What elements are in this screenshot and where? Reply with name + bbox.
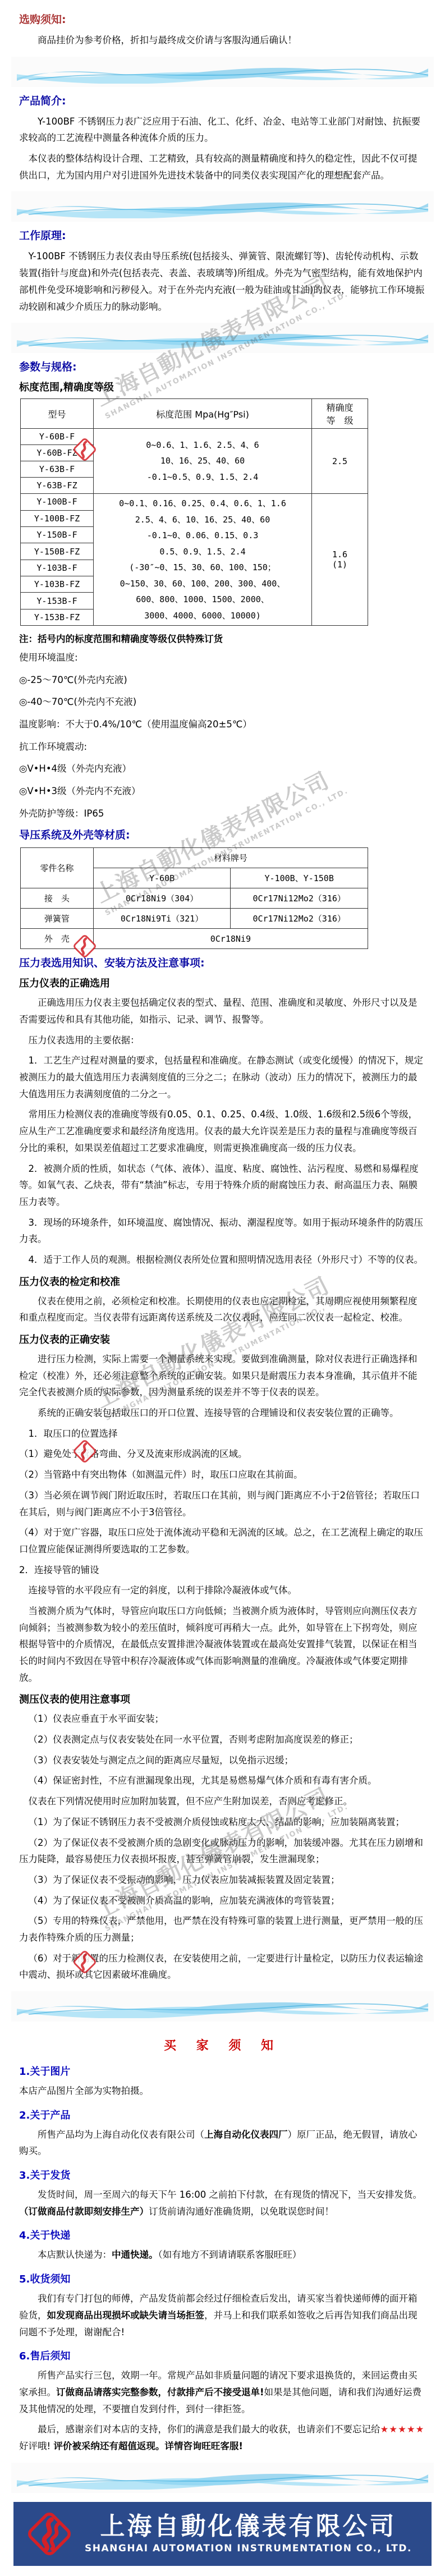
text-segment: 最后，感谢亲们对本店的支持，你们的满意是我们最大的收获，也请亲们不要忘记给 <box>38 2424 380 2435</box>
buyer-item-heading: 5.收货须知 <box>19 2271 426 2286</box>
wave-graphic <box>17 1995 428 2018</box>
bold-text-segment: 订做商品请落实完整参数，付款排产后不接受退单! <box>56 2387 264 2398</box>
wave-graphic <box>17 60 428 84</box>
range-cell: 0~0.1、0.16、0.25、0.4、0.6、1、1.6 2.5、4、6、10… <box>94 494 312 626</box>
specs-title: 参数与规格: <box>19 359 426 374</box>
grade-header-cell: 材料牌号 <box>93 848 368 868</box>
bold-text-segment: 如发现商品出现损坏或缺失请当场拒签 <box>47 2310 205 2321</box>
wave-divider-image <box>11 1991 434 2022</box>
table-note: 注：括号内的标度范围和精确度等级仅供特殊订货 <box>19 631 426 645</box>
buyer-item-body: 所售产品均为上海自动化仪表有限公司（上海自动化仪表四厂）原厂正品，绝无假冒，请放… <box>19 2126 426 2160</box>
section-materials: 导压系统及外壳等材质: 零件名称 材料牌号 Y-60B Y-100B、Y-150… <box>0 827 445 949</box>
col-header-accuracy: 精确度 等 级 <box>312 399 368 429</box>
knowledge-title: 压力表选用知识、安装方法及注意事项: <box>19 955 426 970</box>
paragraph: （1）为了保证不锈钢压力表不受被测介质侵蚀或粘度太大、结晶的影响，应加装隔离装置… <box>19 1814 426 1831</box>
env-line: ◎V•H•3级（外壳内不充液） <box>19 782 426 801</box>
accuracy-value-line1: 1.6 <box>316 549 363 560</box>
wave-graphic <box>17 326 428 350</box>
paragraph: 连接导管的水平段应有一定的斜度，以利于排除冷凝液体或气体。 <box>19 1582 426 1599</box>
part-cell: 外 壳 <box>21 929 94 949</box>
wave-graphic <box>17 2466 428 2490</box>
paragraph: 压力仪表选用的主要依据： <box>19 1032 426 1049</box>
wave-divider-image <box>11 323 434 353</box>
footer-company-name-cn: 上海自動化儀表有限公司 <box>75 2513 421 2540</box>
buyer-item-heading: 1.关于图片 <box>19 2064 426 2078</box>
table-row: Y-60B-F 0~0.6、1、1.6、2.5、4、6 10、16、25、40、… <box>21 429 368 445</box>
paragraph: （3）为了保证仪表不受振动的影响，压力仪表应加装减振装置及固定装置； <box>19 1872 426 1889</box>
section-buyer-notice: 买 家 须 知 1.关于图片 本店产品图片全部为实物拍摄。 2.关于产品 所售产… <box>0 2036 445 2455</box>
paragraph: 仪表在使用之前，必须检定和校准。长期使用的仪表也应定期检定，其周期应视使用频繁程… <box>19 1293 426 1326</box>
section-purchase-notice: 选购须知: 商品挂价为参考价格，折扣与最终成交价请与客服沟通后确认！ <box>0 11 445 49</box>
env-line: ◎-40～70℃(外壳内不充液) <box>19 693 426 712</box>
accuracy-cell: 2.5 <box>312 429 368 494</box>
part-cell: 弹簧管 <box>21 909 94 929</box>
range-cell: 0~0.6、1、1.6、2.5、4、6 10、16、25、40、60 -0.1~… <box>94 429 312 494</box>
table-row: Y-100B-F 0~0.1、0.16、0.25、0.4、0.6、1、1.6 2… <box>21 494 368 510</box>
accuracy-header-line2: 等 级 <box>316 414 363 427</box>
model-cell: Y-63B-F <box>21 461 94 478</box>
wave-divider-image <box>11 2463 434 2493</box>
star-rating-icon: ★★★★★ <box>380 2424 425 2435</box>
table-row: 接 头 0Cr18Ni9（304） 0Cr17Ni12Mo2（316） <box>21 888 368 909</box>
model-cell: Y-103B-FZ <box>21 576 94 593</box>
table-header-row: 零件名称 材料牌号 <box>21 848 368 868</box>
text-segment: （如有地方不到请请联系客服旺旺） <box>158 2249 302 2260</box>
bold-text-segment: （订做商品付款即刻安排生产） <box>19 2206 149 2217</box>
paragraph: 仪表在下列情况使用时应加附加装置，但不应产生附加误差，否则应考虑修正。 <box>19 1793 426 1810</box>
part-header-cell: 零件名称 <box>21 848 94 888</box>
buyer-item-heading: 2.关于产品 <box>19 2107 426 2122</box>
range-line: 3000、4000、6000、10000) <box>98 608 307 624</box>
range-line: (-30″~0、15、30、60、100、150； <box>98 560 307 576</box>
paragraph: 3．现场的环境条件，如环境温度、腐蚀情况、振动、潮湿程度等。如用于振动环境条件的… <box>19 1214 426 1248</box>
paragraph: 4．适于工作人员的观测。根据检测仪表所处位置和照明情况选用表径（外形尺寸）不等的… <box>19 1252 426 1268</box>
model-cell: Y-150B-F <box>21 526 94 543</box>
section-specs: 参数与规格: 标度范围,精确度等级 型号 标度范围 Mpa(Hg″Psi) 精确… <box>0 359 445 823</box>
paragraph: （2）为了保证仪表不受被测介质的急剧变化或脉动压力的影响，加装缓冲器。尤其在压力… <box>19 1835 426 1868</box>
knowledge-heading: 压力仪表的正确选用 <box>19 975 426 990</box>
knowledge-heading: 压力仪表的正确安装 <box>19 1332 426 1346</box>
text-segment: 订货前请沟通好准确货期，以免耽误您时间！ <box>149 2206 334 2217</box>
model-cell: Y-60B-F <box>21 429 94 445</box>
buyer-item-body: 所售产品实行三包，效期一年。常规产品如非质量问题的请况下要求退换货的，来回运费由… <box>19 2367 426 2417</box>
section-principle: 工作原理: Y-100BF 不锈钢压力表仪表由导压系统(包括接头、弹簧管、限流螺… <box>0 227 445 315</box>
knowledge-heading: 测压仪表的使用注意事项 <box>19 1692 426 1706</box>
table-row: 弹簧管 0Cr18Ni9Ti（321） 0Cr17Ni12Mo2（316） <box>21 909 368 929</box>
paragraph: 正确选用压力仪表主要包括确定仪表的型式、量程、范围、准确度和灵敏度、外形尺寸以及… <box>19 994 426 1028</box>
closing-note: 最后，感谢亲们对本店的支持，你们的满意是我们最大的收获，也请亲们不要忘记给★★★… <box>19 2421 426 2454</box>
env-line: 使用环境温度: <box>19 648 426 668</box>
model-cell: Y-100B-F <box>21 494 94 510</box>
table-header-row: 型号 标度范围 Mpa(Hg″Psi) 精确度 等 级 <box>21 399 368 429</box>
model-cell: Y-150B-FZ <box>21 543 94 560</box>
range-line: 0~0.6、1、1.6、2.5、4、6 <box>98 437 307 453</box>
text-segment: 发货时间，周一至周六的每天下午 16:00 之前拍下付款，在有现货的情况下，当天… <box>38 2189 422 2200</box>
model-cell: Y-153B-F <box>21 593 94 609</box>
footer-company-name-en: SHANGHAI AUTOMATION INSTRUMENTATION CO.,… <box>75 2543 421 2554</box>
intro-title: 产品简介: <box>19 93 426 108</box>
paragraph: （2）仪表测定点与仪表安装处在同一水平位置，否则考虑附加高度误差的修正； <box>19 1731 426 1748</box>
paragraph: 2．连接导管的铺设 <box>19 1562 426 1579</box>
range-line: 0.5、0.9、1.5、2.4 <box>98 544 307 560</box>
part-cell: 接 头 <box>21 888 94 909</box>
model-cell: Y-153B-FZ <box>21 609 94 625</box>
paragraph: 当被测介质为气体时，导管应向取压口方向低倾；当被测介质为液体时，导管则应向测压仪… <box>19 1603 426 1686</box>
accuracy-header-line1: 精确度 <box>316 401 363 414</box>
scale-range-table: 型号 标度范围 Mpa(Hg″Psi) 精确度 等 级 Y-60B-F 0~0.… <box>20 398 368 626</box>
paragraph: （4）为了保证仪表不受被测介质高温的影响，应加装充满液体的弯管装置； <box>19 1892 426 1909</box>
range-line: 2.5、4、6、10、16、25、40、60 <box>98 512 307 528</box>
footer-company-name: 上海自動化儀表有限公司 SHANGHAI AUTOMATION INSTRUME… <box>75 2513 421 2554</box>
env-line: 抗工作环境震动: <box>19 737 426 757</box>
paragraph: 系统的正确安装包括取压口的开口位置、连接导管的合理铺设和仪表安装位置的正确等。 <box>19 1405 426 1422</box>
model-group-cell: Y-60B <box>93 868 231 888</box>
accuracy-value-line2: (1) <box>316 560 363 570</box>
principle-title: 工作原理: <box>19 227 426 242</box>
range-line: 0~150、30、60、100、200、300、400、 <box>98 576 307 592</box>
material-cell: 0Cr18Ni9Ti（321） <box>93 909 231 929</box>
text-segment: 所售产品均为上海自动化仪表有限公司（ <box>38 2129 204 2140</box>
env-line: ◎V•H•4级（外壳内充液） <box>19 759 426 779</box>
env-line: ◎-25～70℃(外壳内充液) <box>19 671 426 690</box>
footer-company-logo-icon <box>24 2507 75 2561</box>
wave-divider-image <box>11 191 434 222</box>
wave-divider-image <box>11 57 434 87</box>
buyer-item-body: 本店默认快递为：中通快递。（如有地方不到请请联系客服旺旺） <box>19 2247 426 2263</box>
paragraph: （4）保证密封性，不应有泄漏现象出现，尤其是易燃易爆气体介质和有毒有害介质。 <box>19 1772 426 1789</box>
text-segment: 本店默认快递为： <box>38 2249 112 2260</box>
paragraph: 1．工艺生产过程对测量的要求，包括量程和准确度。在静态测试（或变化缓慢）的情况下… <box>19 1052 426 1102</box>
paragraph: 1．取压口的位置选择 <box>19 1425 426 1442</box>
paragraph: （1）仪表应垂直于水平面安装； <box>19 1711 426 1727</box>
paragraph: （2）当管路中有突出物体（如测温元件）时，取压口应取在其前面。 <box>19 1466 426 1483</box>
material-cell: 0Cr18Ni9 <box>93 929 368 949</box>
paragraph: （5）专用的特殊仪表，严禁他用，也严禁在没有特殊可靠的装置上进行测量，更严禁用一… <box>19 1913 426 1946</box>
env-line: 温度影响：不大于0.4%/10℃（使用温度偏高20±5℃） <box>19 715 426 735</box>
model-group-cell: Y-100B、Y-150B <box>231 868 368 888</box>
col-header-range: 标度范围 Mpa(Hg″Psi) <box>94 399 312 429</box>
material-cell: 0Cr17Ni12Mo2（316） <box>231 909 368 929</box>
buyer-item-body: 本店产品图片全部为实物拍摄。 <box>19 2083 426 2100</box>
materials-title: 导压系统及外壳等材质: <box>19 827 426 842</box>
buyer-item-heading: 4.关于快递 <box>19 2227 426 2242</box>
model-cell: Y-100B-FZ <box>21 510 94 526</box>
purchase-notice-title: 选购须知: <box>19 11 426 26</box>
paragraph: 常用压力检测仪表的准确度等级有0.05、0.1、0.25、0.4级、1.0级、1… <box>19 1106 426 1156</box>
accuracy-cell: 1.6 (1) <box>312 494 368 626</box>
table-row: 外 壳 0Cr18Ni9 <box>21 929 368 949</box>
buyer-item-heading: 6.售后须知 <box>19 2348 426 2363</box>
materials-table: 零件名称 材料牌号 Y-60B Y-100B、Y-150B 接 头 0Cr18N… <box>20 847 368 949</box>
paragraph: （1）避免处于管路弯曲、分叉及流束形成涡流的区域。 <box>19 1446 426 1463</box>
bold-text-segment: 评价被采纳还有超值返现。详情咨询旺旺客服! <box>53 2441 243 2451</box>
buyer-notice-title: 买 家 须 知 <box>19 2036 426 2054</box>
env-line: 外壳防护等级：IP65 <box>19 804 426 824</box>
range-line: 0~0.1、0.16、0.25、0.4、0.6、1、1.6 <box>98 496 307 512</box>
buyer-item-heading: 3.关于发货 <box>19 2167 426 2182</box>
knowledge-heading: 压力仪表的检定和校准 <box>19 1274 426 1289</box>
paragraph: （3）当必须在调节阀门附近取压时，若取压口在其前，则与阀门距离应不小于2倍管径；… <box>19 1487 426 1520</box>
range-line: 10、16、25、40、60 <box>98 453 307 469</box>
model-cell: Y-63B-FZ <box>21 478 94 494</box>
bold-text-segment: 上海自动化仪表四厂 <box>204 2129 288 2140</box>
model-cell: Y-60B-FZ <box>21 445 94 461</box>
paragraph: 2．被测介质的性质，如状态（气体、液体）、温度、粘度、腐蚀性、沾污程度、易燃和易… <box>19 1161 426 1211</box>
buyer-item-body: 发货时间，周一至周六的每天下午 16:00 之前拍下付款，在有现货的情况下，当天… <box>19 2187 426 2220</box>
paragraph: （6）对于新购置的压力检测仪表，在安装使用之前，一定要进行计量检定，以防压力仪表… <box>19 1950 426 1983</box>
paragraph: （3）仪表安装处与测定点之间的距离应尽量短，以免指示迟缓； <box>19 1752 426 1769</box>
section-intro: 产品简介: Y-100BF 不锈钢压力表广泛应用于石油、化工、化纤、冶金、电站等… <box>0 93 445 184</box>
col-header-model: 型号 <box>21 399 94 429</box>
paragraph: Y-100BF 不锈钢压力表仪表由导压系统(包括接头、弹簧管、限流螺钉等)、齿轮… <box>19 248 426 315</box>
specs-subtitle: 标度范围,精确度等级 <box>19 379 426 394</box>
section-knowledge: 压力表选用知识、安装方法及注意事项: 压力仪表的正确选用 正确选用压力仪表主要包… <box>0 955 445 1983</box>
material-cell: 0Cr17Ni12Mo2（316） <box>231 888 368 909</box>
range-line: -0.1~0、0.06、0.15、0.3 <box>98 528 307 544</box>
bold-text-segment: 中通快递。 <box>112 2249 158 2260</box>
range-line: -0.1~0.5、0.9、1.5、2.4 <box>98 469 307 485</box>
buyer-item-body: 我们有专门打包的师傅，产品发货前都会经过仔细检查后发出，请买家当着快递师傅的面开… <box>19 2290 426 2340</box>
product-description-page: 选购须知: 商品挂价为参考价格，折扣与最终成交价请与客服沟通后确认！ 产品简介:… <box>0 0 445 2576</box>
purchase-notice-body: 商品挂价为参考价格，折扣与最终成交价请与客服沟通后确认！ <box>19 32 426 49</box>
text-segment: 好评哦! <box>19 2441 53 2451</box>
range-line: 600、800、1000、1500、2000、 <box>98 592 307 608</box>
wave-graphic <box>17 195 428 218</box>
paragraph: 进行压力检测，实际上需要一个测量系统来实现。要做到准确测量，除对仪表进行正确选择… <box>19 1351 426 1401</box>
paragraph: 本仪表的整体结构设计合理、工艺精致，具有较高的测量精确度和持久的稳定性，因此不仅… <box>19 150 426 184</box>
model-cell: Y-103B-F <box>21 560 94 576</box>
paragraph: （4）对于宽广容器，取压口应处于流体流动平稳和无涡流的区域。总之，在工艺流程上确… <box>19 1524 426 1557</box>
footer-company-banner: 上海自動化儀表有限公司 SHANGHAI AUTOMATION INSTRUME… <box>13 2502 432 2566</box>
paragraph: Y-100BF 不锈钢压力表广泛应用于石油、化工、化纤、冶金、电站等工业部门对耐… <box>19 113 426 146</box>
material-cell: 0Cr18Ni9（304） <box>93 888 231 909</box>
